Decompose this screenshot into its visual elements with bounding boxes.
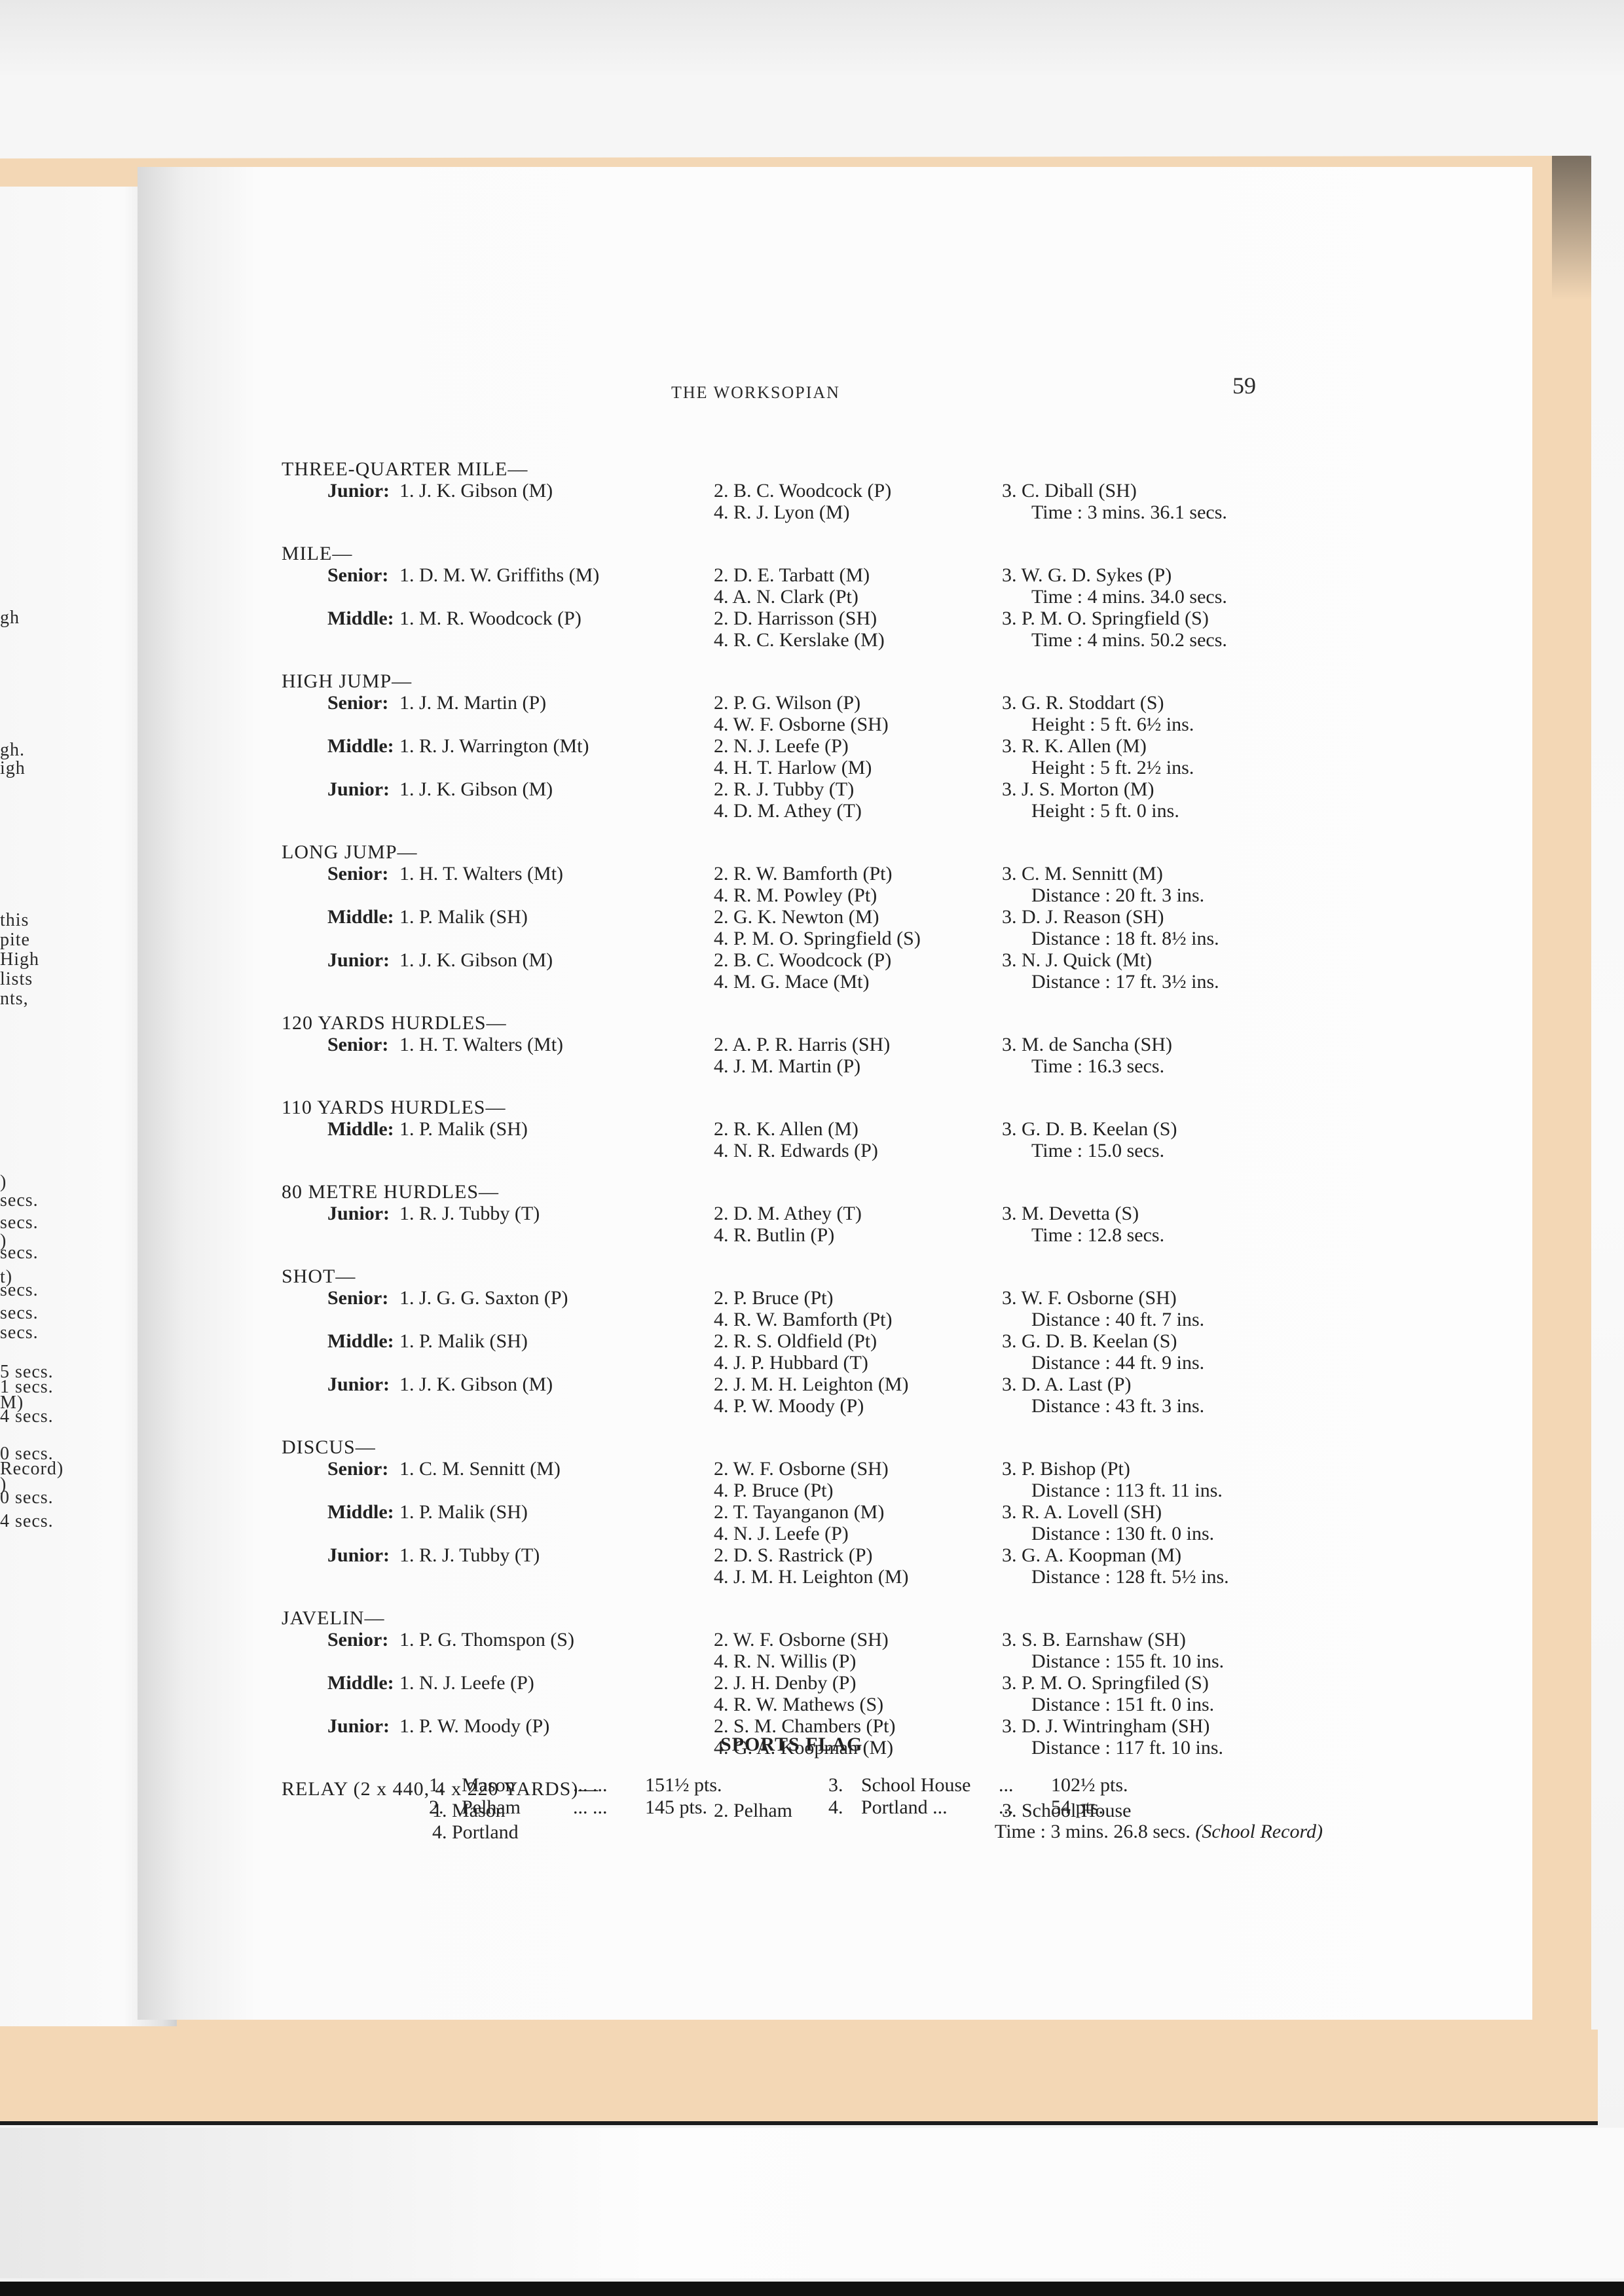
third-and-result-cell: 3. M. Devetta (S)Time : 12.8 secs. <box>1002 1203 1329 1246</box>
result-row: Middle:1. P. Malik (SH)2. G. K. Newton (… <box>282 906 1329 949</box>
result-measure: Time : 4 mins. 34.0 secs. <box>1002 586 1329 608</box>
result-row: Junior:1. R. J. Tubby (T)2. D. S. Rastri… <box>282 1544 1329 1588</box>
left-page-text-fragment: 4 secs. <box>0 1511 54 1532</box>
first-place: 1. P. Malik (SH) <box>399 906 528 928</box>
category-label: Senior: <box>327 564 399 586</box>
result-measure: Time : 16.3 secs. <box>1002 1055 1329 1077</box>
fourth-place: 4. Portland <box>432 1821 714 1843</box>
category-label: Middle: <box>327 608 399 629</box>
event-block: 120 YARDS HURDLES—Senior:1. H. T. Walter… <box>282 1012 1329 1077</box>
left-page-text-fragment: secs. <box>0 1243 39 1264</box>
second-place: 2. R. W. Bamforth (Pt) <box>714 863 1002 884</box>
result-row: Senior:1. D. M. W. Griffiths (M)2. D. E.… <box>282 564 1329 608</box>
third-and-result-cell: 3. D. J. Wintringham (SH)Distance : 117 … <box>1002 1715 1329 1758</box>
event-block: SHOT—Senior:1. J. G. G. Saxton (P)2. P. … <box>282 1266 1329 1417</box>
first-place: 1. H. T. Walters (Mt) <box>399 1034 563 1055</box>
category-label: Middle: <box>327 1330 399 1352</box>
runners-up-cell: 2. P. Bruce (Pt)4. R. W. Bamforth (Pt) <box>714 1287 1002 1330</box>
third-and-result-cell: 3. J. S. Morton (M)Height : 5 ft. 0 ins. <box>1002 778 1329 822</box>
event-title: 110 YARDS HURDLES— <box>282 1097 1329 1118</box>
running-header: THE WORKSOPIAN <box>671 383 840 403</box>
left-page-text-fragment: this <box>0 910 29 931</box>
standing-item: 3.School House...102½ pts. <box>828 1774 1195 1796</box>
third-and-result-cell: 3. G. R. Stoddart (S)Height : 5 ft. 6½ i… <box>1002 692 1329 735</box>
first-place: 1. M. R. Woodcock (P) <box>399 608 581 629</box>
result-row: Middle:1. P. Malik (SH)2. T. Tayanganon … <box>282 1501 1329 1544</box>
second-place: 2. N. J. Leefe (P) <box>714 735 1002 757</box>
category-label: Junior: <box>327 949 399 971</box>
category-label: Senior: <box>327 1034 399 1055</box>
record-note: (School Record) <box>1195 1821 1323 1842</box>
book-cover-bottom-edge <box>0 2030 1598 2125</box>
standing-item: 4.Portland ......54 pts. <box>828 1796 1195 1819</box>
left-page-text-fragment: Record) <box>0 1459 64 1480</box>
runners-up-cell: 2. R. K. Allen (M)4. N. R. Edwards (P) <box>714 1118 1002 1161</box>
category-label: Junior: <box>327 1544 399 1566</box>
second-place: 2. G. K. Newton (M) <box>714 906 1002 928</box>
fourth-place: 4. R. J. Lyon (M) <box>714 501 1002 523</box>
result-row: Senior:1. J. M. Martin (P)2. P. G. Wilso… <box>282 692 1329 735</box>
event-block: MILE—Senior:1. D. M. W. Griffiths (M)2. … <box>282 543 1329 651</box>
fourth-place: 4. N. J. Leefe (P) <box>714 1523 1002 1544</box>
result-row: Middle:1. R. J. Warrington (Mt)2. N. J. … <box>282 735 1329 778</box>
third-place: 3. G. D. B. Keelan (S) <box>1002 1330 1329 1352</box>
runners-up-cell: 2. B. C. Woodcock (P)4. R. J. Lyon (M) <box>714 480 1002 523</box>
category-label: Middle: <box>327 1118 399 1140</box>
first-place: 1. P. G. Thomspon (S) <box>399 1629 574 1650</box>
second-place: 2. R. S. Oldfield (Pt) <box>714 1330 1002 1352</box>
category-label: Middle: <box>327 1672 399 1694</box>
third-place: 3. C. Diball (SH) <box>1002 480 1329 501</box>
winner-cell: Junior:1. J. K. Gibson (M) <box>282 778 714 822</box>
winner-cell: Middle:1. P. Malik (SH) <box>282 906 714 949</box>
results-list: THREE-QUARTER MILE—Junior:1. J. K. Gibso… <box>282 458 1329 1862</box>
event-title: 80 METRE HURDLES— <box>282 1181 1329 1203</box>
fourth-place: 4. P. M. O. Springfield (S) <box>714 928 1002 949</box>
result-measure: Height : 5 ft. 2½ ins. <box>1002 757 1329 778</box>
result-row: Junior:1. J. K. Gibson (M)2. R. J. Tubby… <box>282 778 1329 822</box>
result-measure: Distance : 151 ft. 0 ins. <box>1002 1694 1329 1715</box>
second-place: 2. D. S. Rastrick (P) <box>714 1544 1002 1566</box>
third-and-result-cell: 3. C. Diball (SH)Time : 3 mins. 36.1 sec… <box>1002 480 1329 523</box>
winner-cell: Middle:1. P. Malik (SH) <box>282 1118 714 1161</box>
fourth-place: 4. W. F. Osborne (SH) <box>714 714 1002 735</box>
third-and-result-cell: 3. P. M. O. Springfiled (S)Distance : 15… <box>1002 1672 1329 1715</box>
first-place: 1. R. J. Tubby (T) <box>399 1544 540 1566</box>
category-label: Junior: <box>327 1715 399 1737</box>
second-place: 2. D. E. Tarbatt (M) <box>714 564 1002 586</box>
first-place: 1. J. M. Martin (P) <box>399 692 546 714</box>
left-page-text-fragment: secs. <box>0 1280 39 1301</box>
winner-cell: Junior:1. P. W. Moody (P) <box>282 1715 714 1758</box>
result-row: Junior:1. J. K. Gibson (M)2. B. C. Woodc… <box>282 949 1329 993</box>
result-measure: Distance : 43 ft. 3 ins. <box>1002 1395 1329 1417</box>
winner-cell: Junior:1. R. J. Tubby (T) <box>282 1203 714 1246</box>
third-place: 3. J. S. Morton (M) <box>1002 778 1329 800</box>
result-measure: Time : 12.8 secs. <box>1002 1224 1329 1246</box>
category-label: Middle: <box>327 906 399 928</box>
left-page-text-fragment: secs. <box>0 1322 39 1343</box>
third-and-result-cell: 3. G. A. Koopman (M)Distance : 128 ft. 5… <box>1002 1544 1329 1588</box>
result-measure: Distance : 128 ft. 5½ ins. <box>1002 1566 1329 1588</box>
third-place: 3. P. M. O. Springfield (S) <box>1002 608 1329 629</box>
event-title: JAVELIN— <box>282 1607 1329 1629</box>
event-block: 80 METRE HURDLES—Junior:1. R. J. Tubby (… <box>282 1181 1329 1246</box>
fourth-place: 4. R. C. Kerslake (M) <box>714 629 1002 651</box>
third-and-result-cell: 3. G. D. B. Keelan (S)Distance : 44 ft. … <box>1002 1330 1329 1374</box>
third-and-result-cell: 3. N. J. Quick (Mt)Distance : 17 ft. 3½ … <box>1002 949 1329 993</box>
runners-up-cell: 2. D. S. Rastrick (P)4. J. M. H. Leighto… <box>714 1544 1002 1588</box>
first-place: 1. N. J. Leefe (P) <box>399 1672 534 1694</box>
standing-item: 2.Pelham... ...145 pts. <box>429 1796 828 1819</box>
result-row: Middle:1. P. Malik (SH)2. R. K. Allen (M… <box>282 1118 1329 1161</box>
winner-cell: Senior:1. H. T. Walters (Mt) <box>282 1034 714 1077</box>
second-place: 2. W. F. Osborne (SH) <box>714 1629 1002 1650</box>
first-place: 1. J. K. Gibson (M) <box>399 1374 553 1395</box>
fourth-place: 4. P. Bruce (Pt) <box>714 1480 1002 1501</box>
winner-cell: Junior:1. R. J. Tubby (T) <box>282 1544 714 1588</box>
second-place: 2. R. J. Tubby (T) <box>714 778 1002 800</box>
third-place: 3. R. K. Allen (M) <box>1002 735 1329 757</box>
second-place: 2. A. P. R. Harris (SH) <box>714 1034 1002 1055</box>
second-place: 2. T. Tayanganon (M) <box>714 1501 1002 1523</box>
result-measure: Distance : 40 ft. 7 ins. <box>1002 1309 1329 1330</box>
fourth-place: 4. J. M. H. Leighton (M) <box>714 1566 1002 1588</box>
runners-up-cell: 2. B. C. Woodcock (P)4. M. G. Mace (Mt) <box>714 949 1002 993</box>
event-title: 120 YARDS HURDLES— <box>282 1012 1329 1034</box>
third-place: 3. N. J. Quick (Mt) <box>1002 949 1329 971</box>
runners-up-cell: 2. W. F. Osborne (SH)4. R. N. Willis (P) <box>714 1629 1002 1672</box>
winner-cell: Middle:1. M. R. Woodcock (P) <box>282 608 714 651</box>
page-number: 59 <box>1232 372 1256 399</box>
left-page-text-fragment: 0 secs. <box>0 1487 54 1508</box>
standing-item: 1.Mason... ...151½ pts. <box>429 1774 828 1796</box>
category-label: Middle: <box>327 735 399 757</box>
result-row: Middle:1. N. J. Leefe (P)2. J. H. Denby … <box>282 1672 1329 1715</box>
fourth-place: 4. D. M. Athey (T) <box>714 800 1002 822</box>
second-place: 2. P. G. Wilson (P) <box>714 692 1002 714</box>
result-measure: Height : 5 ft. 6½ ins. <box>1002 714 1329 735</box>
third-place: 3. C. M. Sennitt (M) <box>1002 863 1329 884</box>
category-label: Senior: <box>327 1287 399 1309</box>
fourth-place: 4. J. M. Martin (P) <box>714 1055 1002 1077</box>
event-block: 110 YARDS HURDLES—Middle:1. P. Malik (SH… <box>282 1097 1329 1161</box>
fourth-place: 4. M. G. Mace (Mt) <box>714 971 1002 993</box>
winner-cell: Senior:1. J. M. Martin (P) <box>282 692 714 735</box>
event-title: DISCUS— <box>282 1436 1329 1458</box>
result-measure: Distance : 20 ft. 3 ins. <box>1002 884 1329 906</box>
fourth-place: 4. R. W. Bamforth (Pt) <box>714 1309 1002 1330</box>
result-row: Junior:1. R. J. Tubby (T)2. D. M. Athey … <box>282 1203 1329 1246</box>
result-row: Senior:1. P. G. Thomspon (S)2. W. F. Osb… <box>282 1629 1329 1672</box>
winner-cell: Senior:1. P. G. Thomspon (S) <box>282 1629 714 1672</box>
runners-up-cell: 2. P. G. Wilson (P)4. W. F. Osborne (SH) <box>714 692 1002 735</box>
result-row: Senior:1. H. T. Walters (Mt)2. A. P. R. … <box>282 1034 1329 1077</box>
relay-time-value: Time : 3 mins. 26.8 secs. <box>995 1821 1190 1842</box>
third-and-result-cell: 3. M. de Sancha (SH)Time : 16.3 secs. <box>1002 1034 1329 1077</box>
first-place: 1. D. M. W. Griffiths (M) <box>399 564 599 586</box>
category-label: Senior: <box>327 1458 399 1480</box>
runners-up-cell: 2. W. F. Osborne (SH)4. P. Bruce (Pt) <box>714 1458 1002 1501</box>
result-measure: Distance : 117 ft. 10 ins. <box>1002 1737 1329 1758</box>
winner-cell: Senior:1. J. G. G. Saxton (P) <box>282 1287 714 1330</box>
third-place: 3. G. R. Stoddart (S) <box>1002 692 1329 714</box>
fourth-place: 4. R. N. Willis (P) <box>714 1650 1002 1672</box>
winner-cell: Middle:1. P. Malik (SH) <box>282 1501 714 1544</box>
third-place: 3. S. B. Earnshaw (SH) <box>1002 1629 1329 1650</box>
event-block: THREE-QUARTER MILE—Junior:1. J. K. Gibso… <box>282 458 1329 523</box>
third-and-result-cell: 3. P. Bishop (Pt)Distance : 113 ft. 11 i… <box>1002 1458 1329 1501</box>
result-row: Senior:1. J. G. G. Saxton (P)2. P. Bruce… <box>282 1287 1329 1330</box>
third-place: 3. P. Bishop (Pt) <box>1002 1458 1329 1480</box>
second-place: 2. D. Harrisson (SH) <box>714 608 1002 629</box>
winner-cell: Junior:1. J. K. Gibson (M) <box>282 1374 714 1417</box>
third-place: 3. D. J. Wintringham (SH) <box>1002 1715 1329 1737</box>
result-row: Middle:1. M. R. Woodcock (P)2. D. Harris… <box>282 608 1329 651</box>
runners-up-cell: 2. D. E. Tarbatt (M)4. A. N. Clark (Pt) <box>714 564 1002 608</box>
category-label: Junior: <box>327 480 399 501</box>
winner-cell: Senior:1. H. T. Walters (Mt) <box>282 863 714 906</box>
fourth-place: 4. A. N. Clark (Pt) <box>714 586 1002 608</box>
first-place: 1. J. K. Gibson (M) <box>399 949 553 971</box>
first-place: 1. J. K. Gibson (M) <box>399 480 553 501</box>
event-block: DISCUS—Senior:1. C. M. Sennitt (M)2. W. … <box>282 1436 1329 1588</box>
runners-up-cell: 2. R. S. Oldfield (Pt)4. J. P. Hubbard (… <box>714 1330 1002 1374</box>
sports-flag-heading: SPORTS FLAG <box>720 1734 862 1756</box>
event-title: THREE-QUARTER MILE— <box>282 458 1329 480</box>
third-place: 3. M. Devetta (S) <box>1002 1203 1329 1224</box>
scanner-border <box>0 2282 1624 2296</box>
third-and-result-cell: 3. W. F. Osborne (SH)Distance : 40 ft. 7… <box>1002 1287 1329 1330</box>
second-place: 2. J. M. H. Leighton (M) <box>714 1374 1002 1395</box>
third-place: 3. M. de Sancha (SH) <box>1002 1034 1329 1055</box>
third-and-result-cell: 3. G. D. B. Keelan (S)Time : 15.0 secs. <box>1002 1118 1329 1161</box>
runners-up-cell: 2. R. J. Tubby (T)4. D. M. Athey (T) <box>714 778 1002 822</box>
result-row: Senior:1. H. T. Walters (Mt)2. R. W. Bam… <box>282 863 1329 906</box>
second-place: 2. D. M. Athey (T) <box>714 1203 1002 1224</box>
first-place: 1. R. J. Tubby (T) <box>399 1203 540 1224</box>
category-label: Senior: <box>327 692 399 714</box>
result-measure: Distance : 113 ft. 11 ins. <box>1002 1480 1329 1501</box>
result-measure: Distance : 18 ft. 8½ ins. <box>1002 928 1329 949</box>
left-page-text-fragment: lists <box>0 969 33 990</box>
result-measure: Height : 5 ft. 0 ins. <box>1002 800 1329 822</box>
left-page-text-fragment: secs. <box>0 1190 39 1211</box>
result-measure: Distance : 17 ft. 3½ ins. <box>1002 971 1329 993</box>
category-label: Junior: <box>327 778 399 800</box>
left-page-text-fragment: High <box>0 949 39 970</box>
second-place: 2. P. Bruce (Pt) <box>714 1287 1002 1309</box>
category-label: Senior: <box>327 863 399 884</box>
winner-cell: Senior:1. C. M. Sennitt (M) <box>282 1458 714 1501</box>
fourth-place: 4. P. W. Moody (P) <box>714 1395 1002 1417</box>
third-and-result-cell: 3. S. B. Earnshaw (SH)Distance : 155 ft.… <box>1002 1629 1329 1672</box>
event-title: LONG JUMP— <box>282 841 1329 863</box>
third-place: 3. W. F. Osborne (SH) <box>1002 1287 1329 1309</box>
result-row: Junior:1. J. K. Gibson (M)2. B. C. Woodc… <box>282 480 1329 523</box>
event-title: SHOT— <box>282 1266 1329 1287</box>
first-place: 1. J. K. Gibson (M) <box>399 778 553 800</box>
sports-flag-standings: 1.Mason... ...151½ pts. 2.Pelham... ...1… <box>429 1774 1195 1819</box>
runners-up-cell: 2. D. Harrisson (SH)4. R. C. Kerslake (M… <box>714 608 1002 651</box>
third-place: 3. W. G. D. Sykes (P) <box>1002 564 1329 586</box>
winner-cell: Junior:1. J. K. Gibson (M) <box>282 949 714 993</box>
winner-cell: Middle:1. P. Malik (SH) <box>282 1330 714 1374</box>
result-row: Middle:1. P. Malik (SH)2. R. S. Oldfield… <box>282 1330 1329 1374</box>
category-label: Junior: <box>327 1203 399 1224</box>
fourth-place: 4. H. T. Harlow (M) <box>714 757 1002 778</box>
third-place: 3. G. A. Koopman (M) <box>1002 1544 1329 1566</box>
winner-cell: Junior:1. J. K. Gibson (M) <box>282 480 714 523</box>
runners-up-cell: 2. G. K. Newton (M)4. P. M. O. Springfie… <box>714 906 1002 949</box>
runners-up-cell: 2. J. H. Denby (P)4. R. W. Mathews (S) <box>714 1672 1002 1715</box>
third-and-result-cell: 3. R. K. Allen (M)Height : 5 ft. 2½ ins. <box>1002 735 1329 778</box>
event-title: MILE— <box>282 543 1329 564</box>
third-place: 3. D. J. Reason (SH) <box>1002 906 1329 928</box>
second-place: 2. B. C. Woodcock (P) <box>714 480 1002 501</box>
second-place: 2. J. H. Denby (P) <box>714 1672 1002 1694</box>
first-place: 1. H. T. Walters (Mt) <box>399 863 563 884</box>
event-block: LONG JUMP—Senior:1. H. T. Walters (Mt)2.… <box>282 841 1329 993</box>
third-and-result-cell: 3. D. A. Last (P)Distance : 43 ft. 3 ins… <box>1002 1374 1329 1417</box>
result-row: Junior:1. J. K. Gibson (M)2. J. M. H. Le… <box>282 1374 1329 1417</box>
runners-up-cell: 2. R. W. Bamforth (Pt)4. R. M. Powley (P… <box>714 863 1002 906</box>
winner-cell: Middle:1. N. J. Leefe (P) <box>282 1672 714 1715</box>
category-label: Middle: <box>327 1501 399 1523</box>
first-place: 1. R. J. Warrington (Mt) <box>399 735 589 757</box>
event-block: HIGH JUMP—Senior:1. J. M. Martin (P)2. P… <box>282 670 1329 822</box>
fourth-place: 4. R. Butlin (P) <box>714 1224 1002 1246</box>
result-measure: Time : 4 mins. 50.2 secs. <box>1002 629 1329 651</box>
runners-up-cell: 2. T. Tayanganon (M)4. N. J. Leefe (P) <box>714 1501 1002 1544</box>
first-place: 1. P. W. Moody (P) <box>399 1715 549 1737</box>
result-measure: Distance : 155 ft. 10 ins. <box>1002 1650 1329 1672</box>
third-place: 3. D. A. Last (P) <box>1002 1374 1329 1395</box>
left-page-text-fragment: 4 secs. <box>0 1406 54 1427</box>
left-page-text-fragment: gh <box>0 608 20 629</box>
result-measure: Time : 3 mins. 36.1 secs. <box>1002 501 1329 523</box>
first-place: 1. P. Malik (SH) <box>399 1330 528 1352</box>
runners-up-cell: 2. D. M. Athey (T)4. R. Butlin (P) <box>714 1203 1002 1246</box>
winner-cell: Senior:1. D. M. W. Griffiths (M) <box>282 564 714 608</box>
left-page-text-fragment: pite <box>0 930 30 951</box>
runners-up-cell: 2. A. P. R. Harris (SH)4. J. M. Martin (… <box>714 1034 1002 1077</box>
third-and-result-cell: 3. D. J. Reason (SH)Distance : 18 ft. 8½… <box>1002 906 1329 949</box>
fourth-place: 4. J. P. Hubbard (T) <box>714 1352 1002 1374</box>
scanner-bed <box>0 2128 1624 2278</box>
third-place: 3. G. D. B. Keelan (S) <box>1002 1118 1329 1140</box>
first-place: 1. P. Malik (SH) <box>399 1118 528 1140</box>
category-label: Senior: <box>327 1629 399 1650</box>
fourth-place: 4. R. W. Mathews (S) <box>714 1694 1002 1715</box>
fourth-place: 4. N. R. Edwards (P) <box>714 1140 1002 1161</box>
third-place: 3. P. M. O. Springfiled (S) <box>1002 1672 1329 1694</box>
category-label: Junior: <box>327 1374 399 1395</box>
third-and-result-cell: 3. C. M. Sennitt (M)Distance : 20 ft. 3 … <box>1002 863 1329 906</box>
fourth-place: 4. R. M. Powley (Pt) <box>714 884 1002 906</box>
first-place: 1. C. M. Sennitt (M) <box>399 1458 561 1480</box>
third-place: 3. R. A. Lovell (SH) <box>1002 1501 1329 1523</box>
third-and-result-cell: 3. R. A. Lovell (SH)Distance : 130 ft. 0… <box>1002 1501 1329 1544</box>
third-and-result-cell: 3. W. G. D. Sykes (P)Time : 4 mins. 34.0… <box>1002 564 1329 608</box>
second-place: 2. R. K. Allen (M) <box>714 1118 1002 1140</box>
first-place: 1. P. Malik (SH) <box>399 1501 528 1523</box>
result-measure: Distance : 130 ft. 0 ins. <box>1002 1523 1329 1544</box>
left-page-text-fragment: igh <box>0 758 26 779</box>
result-measure: Time : 15.0 secs. <box>1002 1140 1329 1161</box>
event-title: HIGH JUMP— <box>282 670 1329 692</box>
result-measure: Distance : 44 ft. 9 ins. <box>1002 1352 1329 1374</box>
first-place: 1. J. G. G. Saxton (P) <box>399 1287 568 1309</box>
third-and-result-cell: 3. P. M. O. Springfield (S)Time : 4 mins… <box>1002 608 1329 651</box>
second-place: 2. B. C. Woodcock (P) <box>714 949 1002 971</box>
winner-cell: Middle:1. R. J. Warrington (Mt) <box>282 735 714 778</box>
runners-up-cell: 2. J. M. H. Leighton (M)4. P. W. Moody (… <box>714 1374 1002 1417</box>
second-place: 2. W. F. Osborne (SH) <box>714 1458 1002 1480</box>
left-page-text-fragment: nts, <box>0 989 29 1010</box>
result-row: Senior:1. C. M. Sennitt (M)2. W. F. Osbo… <box>282 1458 1329 1501</box>
left-page-text-fragment: secs. <box>0 1303 39 1324</box>
runners-up-cell: 2. N. J. Leefe (P)4. H. T. Harlow (M) <box>714 735 1002 778</box>
